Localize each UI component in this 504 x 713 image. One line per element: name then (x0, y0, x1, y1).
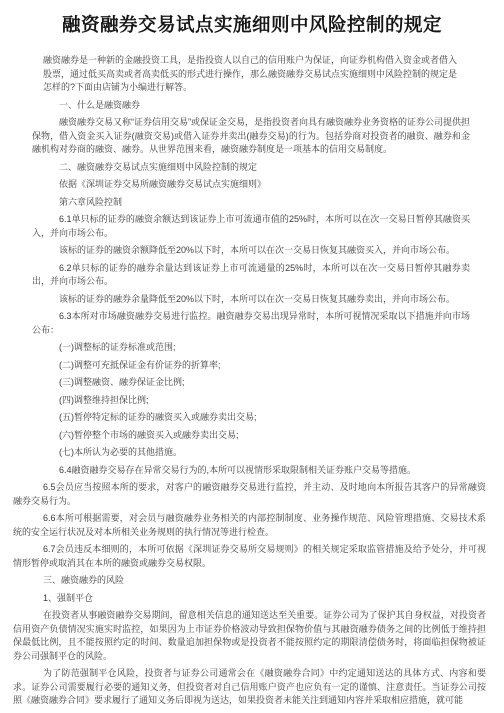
paragraph: 该标的证券的融资余额降低至20%以下时，本所可以在次一交易日恢复其融资买入，并向… (32, 244, 470, 258)
paragraph: 6.1单只标的证券的融资余额达到该证券上市可流通市值的25%时，本所可以在次一交… (32, 213, 470, 240)
list-item: (三)调整融资、融券保证金比例; (32, 376, 470, 390)
article-title: 融资融券交易试点实施细则中风险控制的规定 (22, 12, 482, 38)
paragraph: 在投资者从事融资融券交易期间，留意相关信息的通知送达至关重要。证券公司为了保护其… (13, 609, 486, 663)
document-page: 融资融券交易试点实施细则中风险控制的规定 融资融券是一种新的金融投资工具，是指投… (0, 0, 504, 713)
section-heading: 一、什么是融资融券 (32, 99, 470, 113)
reference-line: 依据《深圳证券交易所融资融券交易试点实施细则》 (32, 178, 470, 192)
paragraph: 6.2单只标的证券的融券余量达到该证券上市可流通量的25%时，本所可以在次一交易… (32, 262, 470, 289)
intro-paragraph: 融资融券是一种新的金融投资工具，是指投资人以自己的信用账户为保证，向证券机构借入… (43, 54, 463, 95)
list-item: (七)本所认为必要的其他措施。 (32, 446, 470, 460)
sub-heading: 1、强制平仓 (13, 592, 486, 606)
list-item: (一)调整标的证券标准或范围; (32, 341, 470, 355)
paragraph: 6.5会员应当按照本所的要求，对客户的融资融券交易进行监控，并主动、及时地向本所… (13, 481, 486, 508)
paragraph: 6.7会员违反本细则的，本所可依据《深圳证券交易所交易规则》的相关规定采取监管措… (13, 543, 486, 570)
section-heading: 二、融资融券交易试点实施细则中风险控制的规定 (32, 161, 470, 175)
chapter-heading: 第六章风险控制 (32, 196, 470, 210)
list-item: (二)调整可充抵保证金有价证券的折算率; (32, 359, 470, 373)
paragraph: 该标的证券的融券余量降低至20%以下时，本所可以在次一交易日恢复其融券卖出，并向… (32, 293, 470, 307)
list-item: (五)暂停特定标的证券的融资买入或融券卖出交易; (32, 411, 470, 425)
paragraph: 6.4融资融券交易存在异常交易行为的,本所可以视情形采取限制相关证券账户交易等措… (32, 464, 470, 478)
paragraph: 6.3本所对市场融资融券交易进行监控。融资融券交易出现异常时，本所可视情况采取以… (32, 310, 470, 337)
list-item: (四)调整维持担保比例; (32, 394, 470, 408)
paragraph: 融资融券交易又称“证券信用交易”或保证金交易，是指投资者向具有融资融券业务资格的… (32, 116, 470, 157)
paragraph: 6.6本所可根据需要，对会员与融资融券业务相关的内部控制制度、业务操作规范、风险… (13, 512, 486, 539)
list-item: (六)暂停整个市场的融资买入或融券卖出交易; (32, 429, 470, 443)
paragraph: 为了防范强制平仓风险，投资者与证券公司通常会在《融资融券合同》中约定通知送达的具… (13, 667, 486, 708)
section-heading: 三、融资融券的风险 (13, 574, 486, 588)
